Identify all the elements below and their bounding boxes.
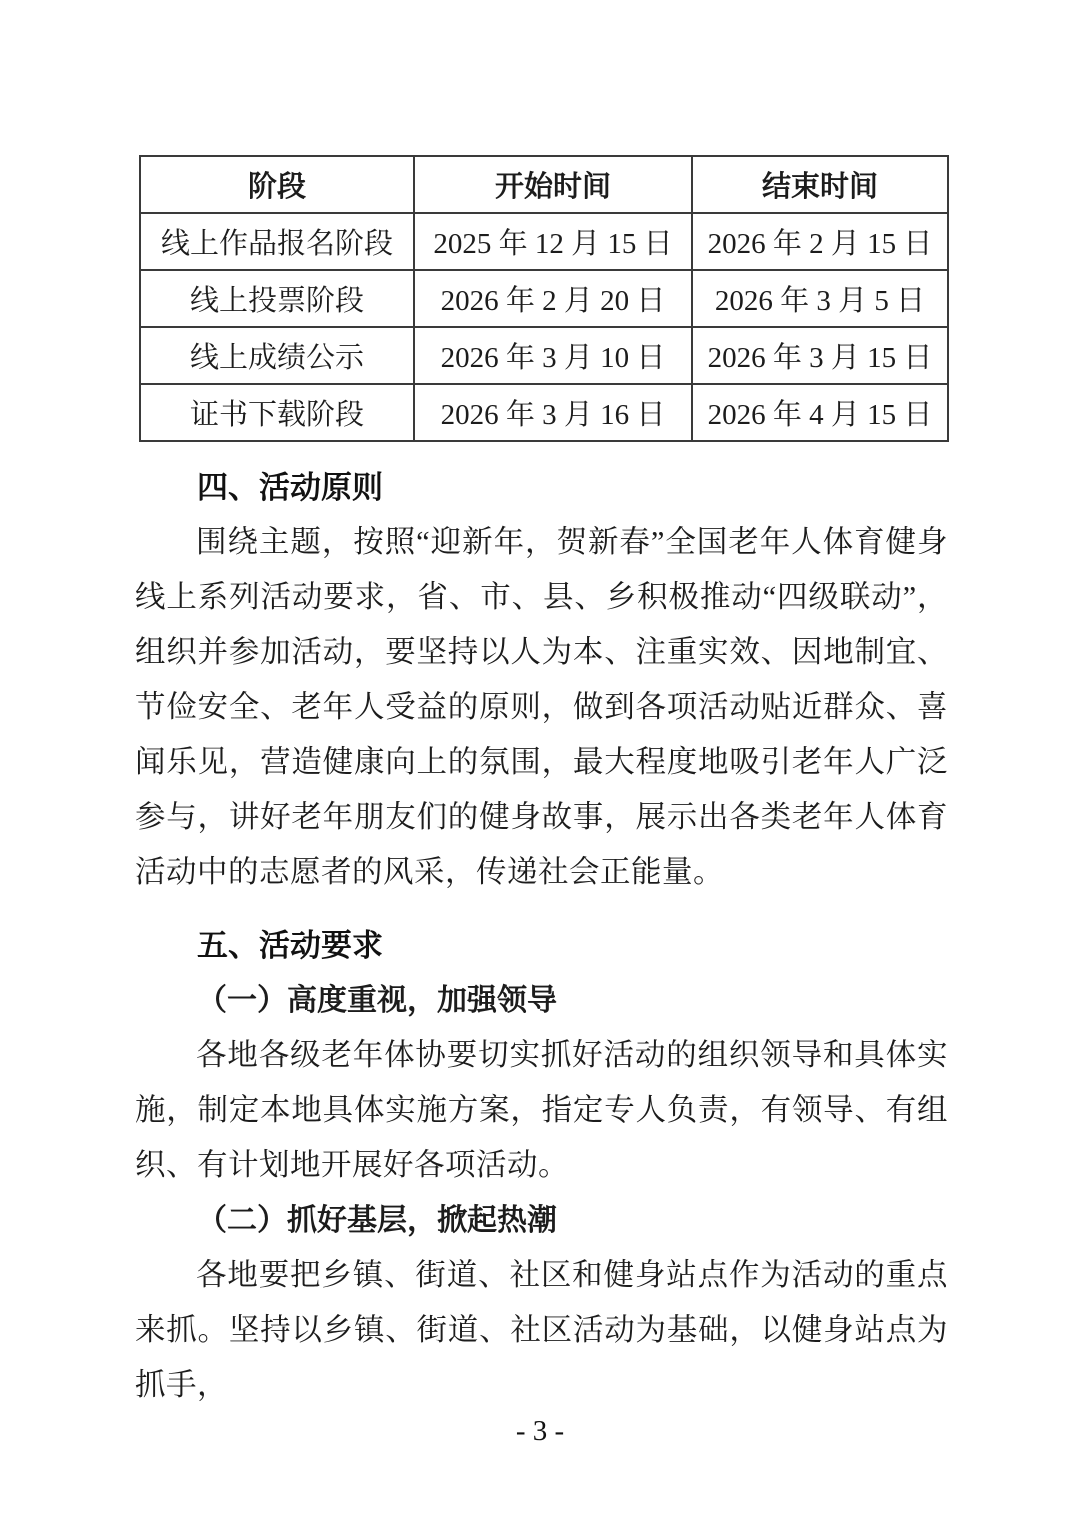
subsection-heading-grassroots: （二）抓好基层，掀起热潮 (135, 1193, 948, 1248)
table-header-row: 阶段 开始时间 结束时间 (140, 156, 948, 213)
table-cell-end: 2026 年 2 月 15 日 (692, 213, 948, 270)
table-cell-start: 2026 年 3 月 16 日 (414, 384, 692, 441)
section-principles-paragraph: 围绕主题，按照“迎新年，贺新春”全国老年人体育健身线上系列活动要求，省、市、县、… (135, 515, 948, 900)
document-page: 阶段 开始时间 结束时间 线上作品报名阶段 2025 年 12 月 15 日 2… (0, 0, 1080, 1527)
table-row: 证书下载阶段 2026 年 3 月 16 日 2026 年 4 月 15 日 (140, 384, 948, 441)
table-cell-start: 2026 年 2 月 20 日 (414, 270, 692, 327)
table-row: 线上投票阶段 2026 年 2 月 20 日 2026 年 3 月 5 日 (140, 270, 948, 327)
table-header-start-time: 开始时间 (414, 156, 692, 213)
table-cell-end: 2026 年 4 月 15 日 (692, 384, 948, 441)
table-cell-end: 2026 年 3 月 5 日 (692, 270, 948, 327)
table-cell-stage: 线上成绩公示 (140, 327, 414, 384)
subsection-leadership-paragraph: 各地各级老年体协要切实抓好活动的组织领导和具体实施，制定本地具体实施方案，指定专… (135, 1028, 948, 1193)
table-cell-start: 2025 年 12 月 15 日 (414, 213, 692, 270)
section-heading-requirements: 五、活动要求 (135, 918, 948, 973)
table-cell-stage: 线上投票阶段 (140, 270, 414, 327)
table-cell-stage: 证书下载阶段 (140, 384, 414, 441)
section-heading-principles: 四、活动原则 (135, 460, 948, 515)
table-header-stage: 阶段 (140, 156, 414, 213)
schedule-table: 阶段 开始时间 结束时间 线上作品报名阶段 2025 年 12 月 15 日 2… (139, 155, 949, 442)
page-number: - 3 - (0, 1415, 1080, 1448)
table-header-end-time: 结束时间 (692, 156, 948, 213)
table-cell-start: 2026 年 3 月 10 日 (414, 327, 692, 384)
subsection-heading-leadership: （一）高度重视，加强领导 (135, 973, 948, 1028)
table-cell-end: 2026 年 3 月 15 日 (692, 327, 948, 384)
table-row: 线上作品报名阶段 2025 年 12 月 15 日 2026 年 2 月 15 … (140, 213, 948, 270)
table-cell-stage: 线上作品报名阶段 (140, 213, 414, 270)
document-content: 阶段 开始时间 结束时间 线上作品报名阶段 2025 年 12 月 15 日 2… (135, 155, 948, 1413)
subsection-grassroots-paragraph: 各地要把乡镇、街道、社区和健身站点作为活动的重点来抓。坚持以乡镇、街道、社区活动… (135, 1248, 948, 1413)
table-row: 线上成绩公示 2026 年 3 月 10 日 2026 年 3 月 15 日 (140, 327, 948, 384)
